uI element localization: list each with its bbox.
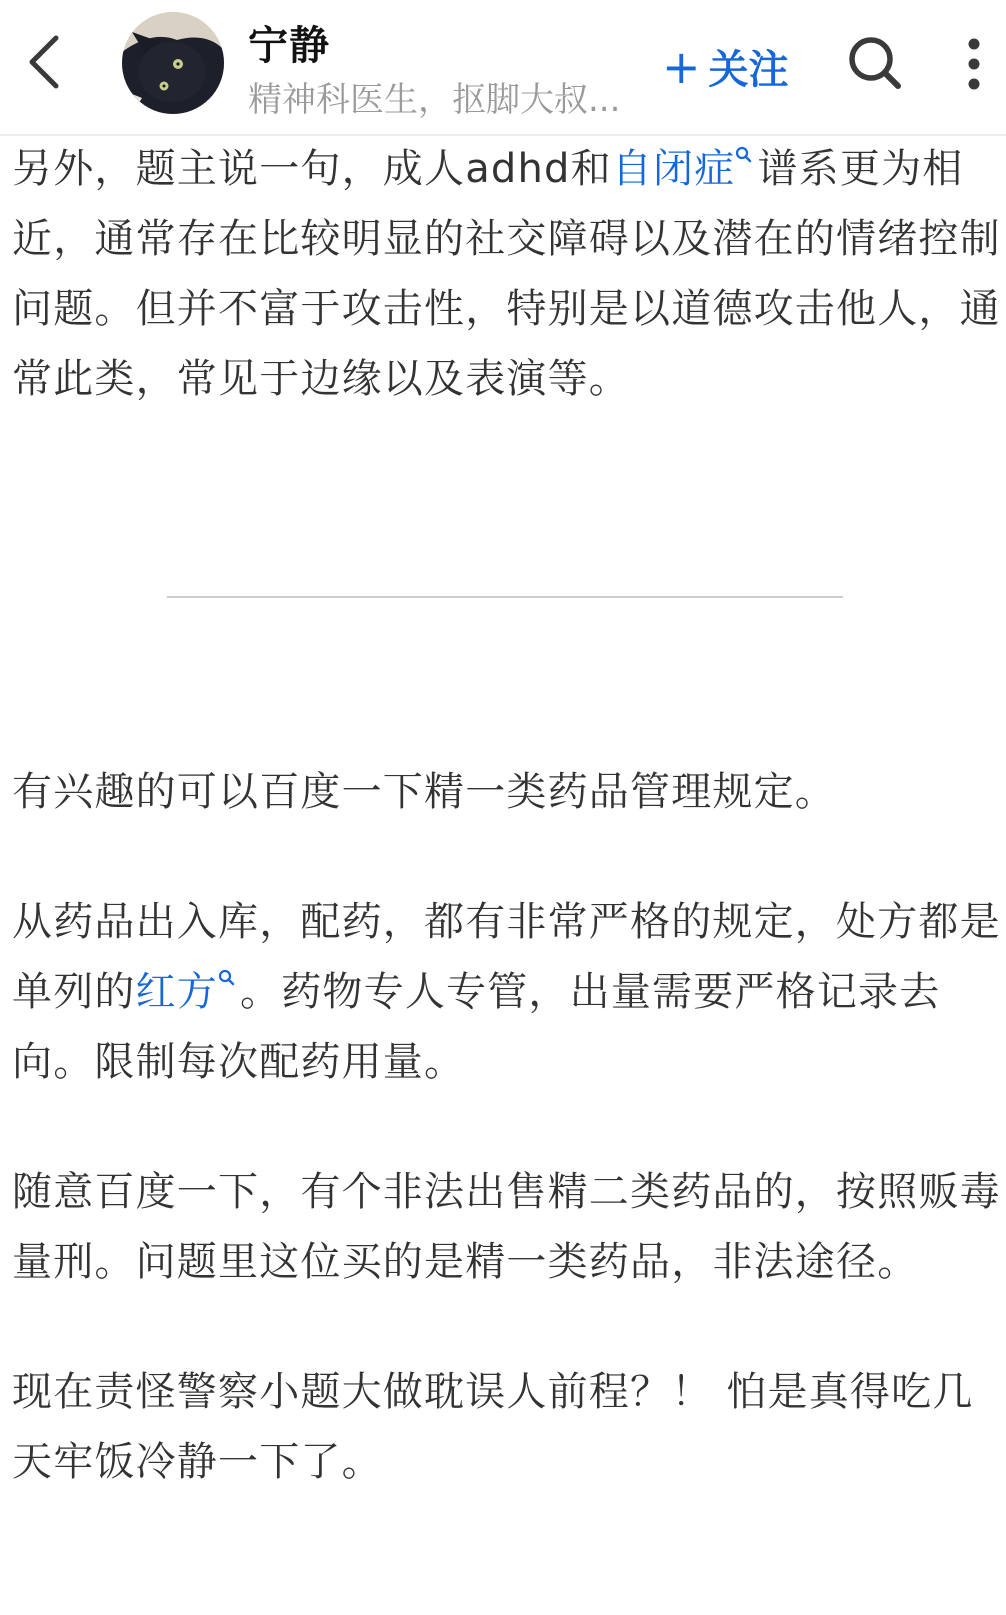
author-name[interactable]: 宁静	[248, 14, 330, 71]
follow-button[interactable]: + 关注	[662, 38, 789, 95]
keyword-link-autism[interactable]: 自闭症	[612, 146, 736, 192]
keyword-link-red-prescription[interactable]: 红方	[136, 969, 218, 1015]
author-bio: 精神科医生，抠脚大叔...	[248, 72, 643, 121]
top-nav-bar: 宁静 精神科医生，抠脚大叔... + 关注	[0, 0, 1006, 136]
paragraph-2: 有兴趣的可以百度一下精一类药品管理规定。	[12, 757, 1002, 827]
black-cat-avatar-image	[122, 12, 224, 114]
search-icon[interactable]	[218, 969, 236, 991]
paragraph-1: 另外，题主说一句，成人adhd和自闭症谱系更为相近，通常存在比较明显的社交障碍以…	[12, 134, 1002, 414]
answer-content: 另外，题主说一句，成人adhd和自闭症谱系更为相近，通常存在比较明显的社交障碍以…	[12, 134, 1002, 414]
paragraph-3: 从药品出入库，配药，都有非常严格的规定，处方都是单列的红方。药物专人专管，出量需…	[12, 887, 1002, 1097]
search-icon	[846, 34, 904, 92]
plus-icon: +	[662, 40, 701, 94]
back-chevron-icon	[22, 32, 68, 92]
more-vertical-icon	[962, 36, 986, 92]
author-avatar[interactable]	[122, 12, 224, 114]
paragraph-4: 随意百度一下，有个非法出售精二类药品的，按照贩毒量刑。问题里这位买的是精一类药品…	[12, 1157, 1002, 1297]
paragraph-5: 现在责怪警察小题大做耽误人前程？！ 怕是真得吃几天牢饭冷静一下了。	[12, 1357, 1002, 1497]
section-divider	[167, 596, 843, 598]
back-button[interactable]	[22, 32, 68, 92]
follow-label: 关注	[709, 38, 789, 95]
search-icon[interactable]	[735, 146, 753, 168]
search-button[interactable]	[846, 34, 904, 92]
more-options-button[interactable]	[962, 36, 986, 92]
answer-content-lower: 有兴趣的可以百度一下精一类药品管理规定。 从药品出入库，配药，都有非常严格的规定…	[12, 757, 1002, 1497]
paragraph-text: 另外，题主说一句，成人adhd和	[12, 146, 612, 192]
